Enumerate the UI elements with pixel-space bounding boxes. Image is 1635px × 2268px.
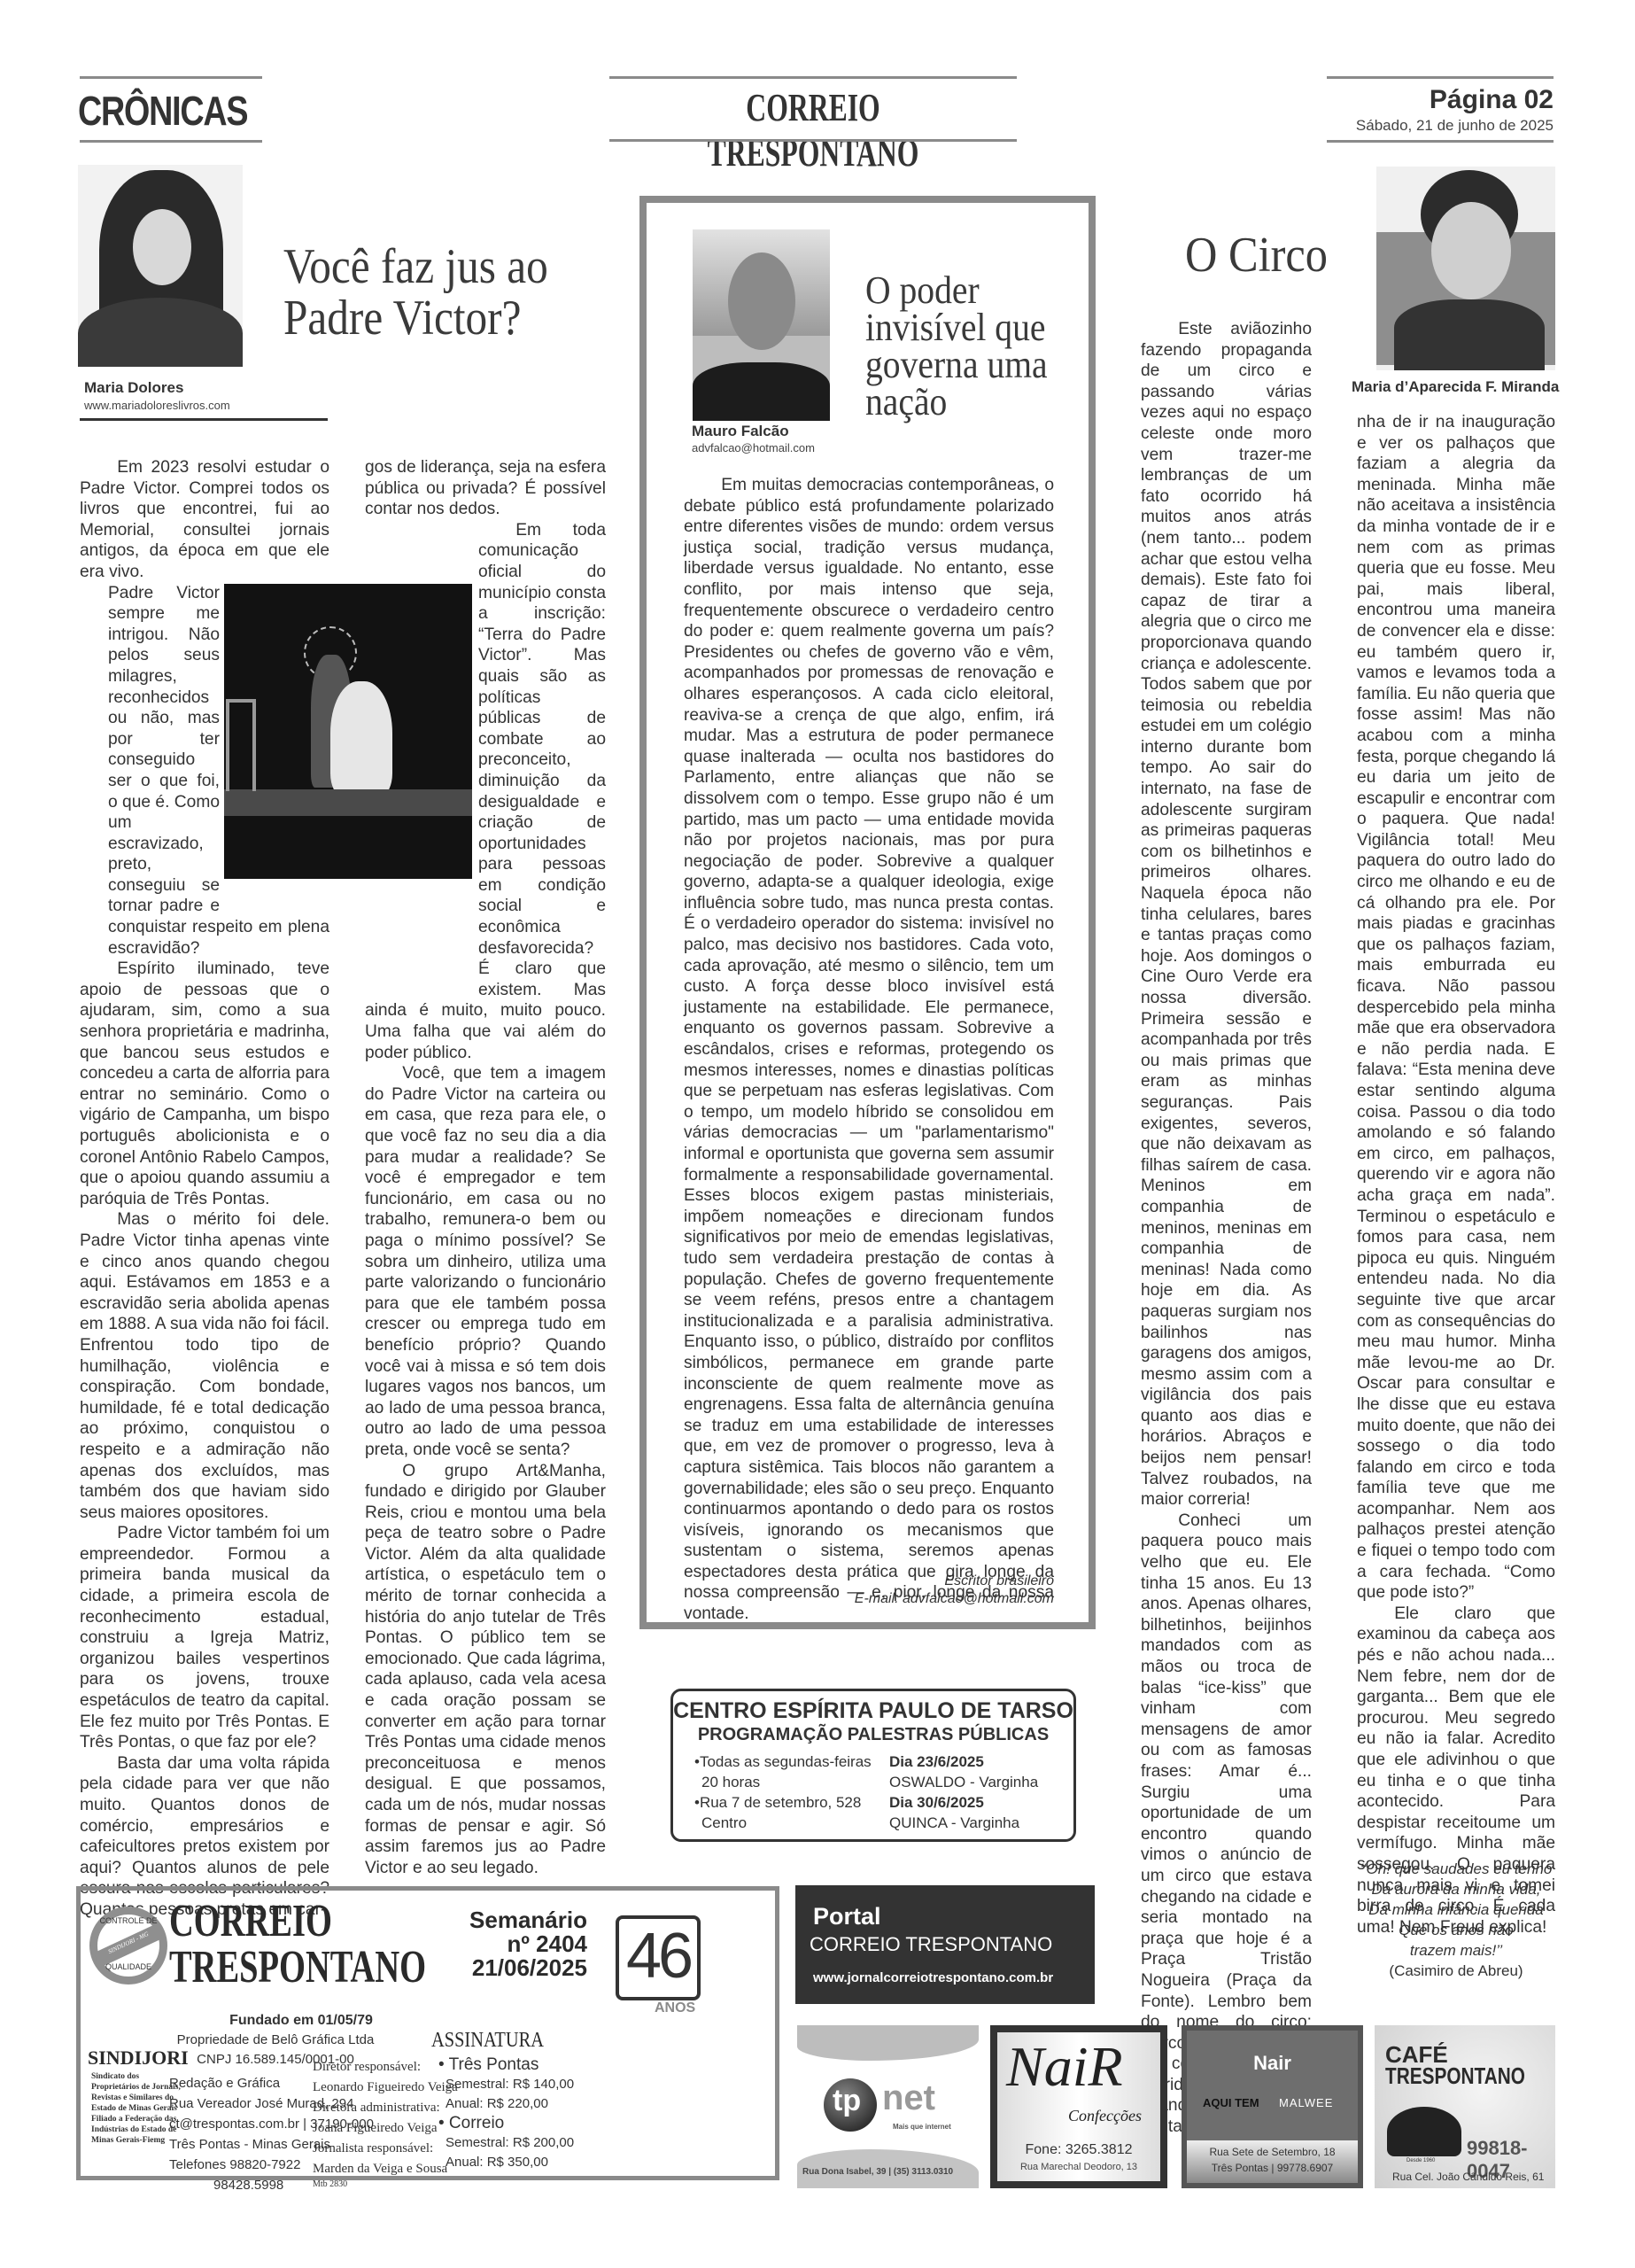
poem-line: ‘‘Oh! que saudades eu tenho — [1357, 1859, 1555, 1879]
portrait-face — [133, 209, 191, 285]
desc-line: Revistas e Similares do — [91, 2093, 181, 2103]
portrait-shirt — [693, 362, 830, 421]
desc-line: Indústrias do Estado de — [91, 2124, 181, 2135]
paragraph: gos de liderança, seja na esfera pública… — [365, 457, 606, 520]
paragraph: nha de ir na inauguração e ver os palhaç… — [1357, 412, 1555, 1604]
desc-line: Sindicato dos — [91, 2071, 181, 2082]
staff-line: Diretora administrativa: — [313, 2098, 458, 2118]
quality-seal-icon: CONTROLE DE SINDIJORI - MG QUALIDADE — [89, 1907, 167, 1984]
cafe-line2: TRESPONTANO — [1385, 2064, 1525, 2087]
nair-address: Rua Marechal Deodoro, 13 — [997, 2162, 1160, 2172]
sub-region: • Correio — [438, 2114, 574, 2133]
header-rule-left-top — [80, 76, 262, 79]
newspaper-name-line1: CORREIO — [169, 1898, 332, 1946]
malwee-store-name: Nair — [1187, 2052, 1358, 2075]
lecture-speaker: OSWALDO - Varginha — [889, 1772, 1038, 1792]
staff-line: Marden da Veiga e Sousa — [313, 2159, 458, 2179]
portal-name: CORREIO TRESPONTANO — [810, 1933, 1052, 1956]
portrait-shoulders — [78, 298, 243, 367]
sub-price: Semestral: R$ 140,00 — [438, 2075, 574, 2094]
subscription-title: ASSINATURA — [431, 2029, 544, 2053]
author-name: Maria d’Aparecida F. Miranda — [1352, 378, 1559, 396]
nair-malwee-ad[interactable]: Nair AQUI TEM MALWEE Rua Sete de Setembr… — [1182, 2025, 1363, 2188]
header-rule-right-bottom — [1327, 140, 1554, 143]
nair-sub: Confecções — [1068, 2107, 1142, 2125]
lecture-speaker: QUINCA - Varginha — [889, 1813, 1038, 1833]
paragraph: Padre Victor também foi um empreendedor.… — [80, 1523, 329, 1753]
portrait-face — [728, 252, 795, 350]
cafe-since: Desde 1960 — [1406, 2158, 1435, 2163]
desc-line: Filiado a Federação das — [91, 2114, 181, 2124]
expediente-box: CONTROLE DE SINDIJORI - MG QUALIDADE SIN… — [76, 1886, 779, 2180]
malwee-tagline-a: AQUI TEM — [1203, 2096, 1259, 2109]
anniversary-badge: 46 — [616, 1915, 701, 2000]
header-rule-center-bottom — [609, 139, 1017, 142]
nair-confeccoes-ad[interactable]: NaiR Confecções Fone: 3265.3812 Rua Mare… — [990, 2025, 1167, 2188]
author-signature-email: E-mail: advfalcao@hotmail.com — [855, 1591, 1054, 1607]
desc-line: Estado de Minas Gerais — [91, 2103, 181, 2114]
paragraph: Mas o mérito foi dele. Padre Victor tinh… — [80, 1209, 329, 1523]
author-name: Maria Dolores — [84, 379, 183, 397]
article-title-padre-victor: Você faz jus ao Padre Victor? — [283, 241, 564, 344]
espirita-title: CENTRO ESPÍRITA PAULO DE TARSO — [673, 1698, 1073, 1724]
author-photo-maria-dolores — [78, 165, 243, 367]
schedule-line: •Todas as segundas-feiras — [694, 1751, 872, 1772]
poem-line: trazem mais!’’ — [1357, 1940, 1555, 1961]
article-title-o-circo: O Circo — [1185, 227, 1328, 283]
weekly-label: Semanário — [442, 1908, 587, 1932]
article2-body: Em muitas democracias contemporâneas, o … — [684, 475, 1054, 1625]
author-photo-mauro-falcao — [693, 229, 830, 421]
mtb: Mtb 2830 — [313, 2179, 458, 2190]
portrait-top — [1394, 299, 1545, 370]
article3-column1: Este aviãozinho fazendo propaganda de um… — [1141, 319, 1312, 2138]
poem-line: Da minha infância querida — [1357, 1899, 1555, 1920]
author-name: Mauro Falcão — [692, 423, 789, 440]
staff-block: Diretor responsável: Leonardo Figueiredo… — [313, 2057, 458, 2190]
chair — [226, 699, 256, 791]
nair-phone: Fone: 3265.3812 — [997, 2142, 1160, 2158]
paragraph: Você, que tem a imagem do Padre Victor n… — [365, 1063, 606, 1460]
nair-logo: NaiR — [1006, 2034, 1123, 2100]
crown-icon — [1387, 2107, 1461, 2156]
lecture-date: Dia 23/6/2025 — [889, 1751, 1038, 1772]
paragraph: O grupo Art&Manha, fundado e dirigido po… — [365, 1461, 606, 1879]
newspaper-name-line2: TRESPONTANO — [169, 1944, 426, 1992]
sub-region: • Três Pontas — [438, 2055, 574, 2075]
header-rule-center-top — [609, 76, 1017, 79]
espirita-ad: CENTRO ESPÍRITA PAULO DE TARSO PROGRAMAÇ… — [670, 1689, 1076, 1842]
tpnet-tagline: Mais que internet — [893, 2123, 951, 2131]
article1-column2: gos de liderança, seja na esfera pública… — [365, 457, 606, 1878]
author-email: advfalcao@hotmail.com — [692, 441, 815, 454]
page-number: Página 02 — [1430, 85, 1554, 115]
sub-price: Semestral: R$ 200,00 — [438, 2133, 574, 2153]
staff-line: Leonardo Figueiredo Veiga — [313, 2078, 458, 2098]
paragraph: Este aviãozinho fazendo propaganda de um… — [1141, 319, 1312, 1511]
owner: Propriedade de Belô Gráfica Ltda — [169, 2032, 382, 2047]
staff-line: Jornalista responsável: — [313, 2139, 458, 2159]
header-rule-left-bottom — [80, 140, 262, 143]
seal-bottom-text: QUALIDADE — [97, 1962, 159, 1971]
sindijori-name: SINDIJORI — [88, 2047, 189, 2070]
portrait-face — [1431, 202, 1511, 299]
nair-inner: NaiR Confecções Fone: 3265.3812 Rua Mare… — [997, 2032, 1160, 2181]
espirita-schedule: •Todas as segundas-feiras 20 horas •Rua … — [694, 1751, 872, 1833]
malwee-tagline-b: MALWEE — [1279, 2096, 1333, 2109]
portal-url[interactable]: www.jornalcorreiotrespontano.com.br — [813, 1970, 1053, 1985]
schedule-line: Centro — [694, 1813, 872, 1833]
issue-date: 21/06/2025 — [442, 1956, 587, 1980]
founded-date: Fundado em 01/05/79 — [190, 2013, 412, 2029]
staff-line: Diretor responsável: — [313, 2057, 458, 2078]
issue-number: nº 2404 — [442, 1932, 587, 1956]
malwee-address2: Três Pontas | 99778.6907 — [1187, 2162, 1358, 2174]
sindijori-description: Sindicato dos Proprietários de Jornais, … — [91, 2071, 181, 2146]
espirita-lectures: Dia 23/6/2025 OSWALDO - Varginha Dia 30/… — [889, 1751, 1038, 1833]
espirita-subtitle: PROGRAMAÇÃO PALESTRAS PÚBLICAS — [673, 1725, 1073, 1745]
paragraph: Em 2023 resolvi estudar o Padre Victor. … — [80, 457, 329, 583]
tpnet-ad[interactable]: tp net Mais que internet Rua Dona Isabel… — [797, 2025, 979, 2188]
poem-author: (Casimiro de Abreu) — [1357, 1961, 1555, 1981]
article3-column2: nha de ir na inauguração e ver os palhaç… — [1357, 412, 1555, 1938]
author-photo-maria-aparecida — [1376, 167, 1555, 370]
paragraph: Espírito iluminado, teve apoio de pessoa… — [80, 959, 329, 1209]
paragraph: Em muitas democracias contemporâneas, o … — [684, 475, 1054, 1625]
header-rule-right-top — [1327, 76, 1554, 79]
cafe-trespontano-ad[interactable]: CAFÉ TRESPONTANO Desde 1960 99818-0047 R… — [1375, 2025, 1555, 2188]
article-title-poder-invisivel: O poder invisível que governa uma nação — [865, 272, 1057, 421]
issue-info: Semanário nº 2404 21/06/2025 — [442, 1908, 587, 1980]
portal-label: Portal — [813, 1903, 881, 1930]
sub-price: Anual: R$ 220,00 — [438, 2094, 574, 2114]
wave-top — [797, 2025, 979, 2061]
tpnet-logo-net: net — [882, 2078, 935, 2118]
staff-line: Joana Figueiredo Veiga — [313, 2118, 458, 2139]
seal-top-text: CONTROLE DE — [97, 1916, 159, 1925]
tpnet-logo-tp: tp — [833, 2084, 861, 2118]
portal-ad[interactable]: Portal CORREIO TRESPONTANO www.jornalcor… — [795, 1885, 1095, 2004]
anniversary-number: 46 — [626, 1917, 690, 1995]
lecture-date: Dia 30/6/2025 — [889, 1792, 1038, 1813]
tpnet-address: Rua Dona Isabel, 39 | (35) 3113.0310 — [802, 2167, 953, 2177]
poem-quote: ‘‘Oh! que saudades eu tenho Da aurora da… — [1357, 1859, 1555, 1981]
schedule-line: •Rua 7 de setembro, 528 — [694, 1792, 872, 1813]
sub-price: Anual: R$ 350,00 — [438, 2153, 574, 2172]
author-website: www.mariadoloreslivros.com — [84, 399, 230, 412]
subscription-prices: • Três Pontas Semestral: R$ 140,00 Anual… — [438, 2055, 574, 2172]
play-photo-spacer — [365, 563, 478, 988]
anniversary-label: ANOS — [655, 2000, 695, 2016]
malwee-address1: Rua Sete de Setembro, 18 — [1187, 2146, 1358, 2158]
issue-date: Sábado, 21 de junho de 2025 — [1356, 117, 1554, 135]
author-rule — [80, 418, 328, 421]
section-title: CRÔNICAS — [78, 87, 247, 135]
cafe-address: Rua Cel. João Cândido Reis, 61 — [1392, 2171, 1544, 2183]
masthead-title: CORREIO TRESPONTANO — [666, 85, 959, 175]
author-role: Escritor brasileiro — [944, 1573, 1054, 1589]
poem-line: Da aurora da minha vida, — [1357, 1879, 1555, 1899]
poem-line: Que os anos não — [1357, 1920, 1555, 1940]
desc-line: Minas Gerais-Fiemg — [91, 2135, 181, 2146]
schedule-line: 20 horas — [694, 1772, 872, 1792]
desc-line: Proprietários de Jornais, — [91, 2082, 181, 2093]
